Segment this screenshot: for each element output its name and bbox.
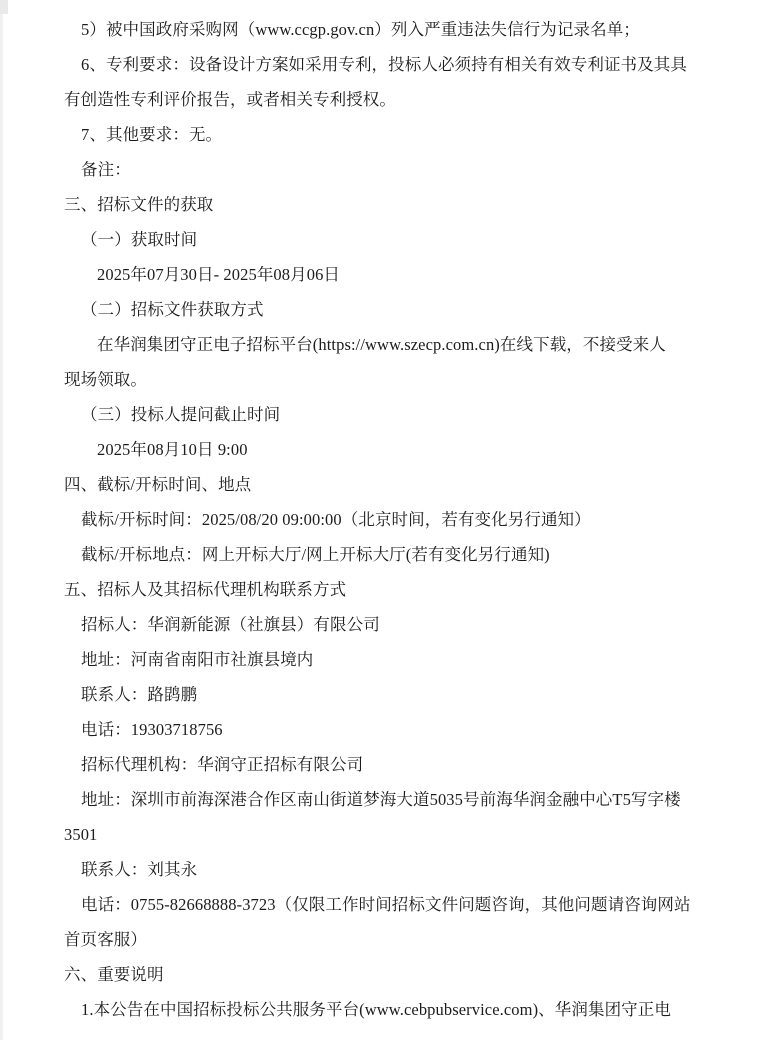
document-line: 3501 [64, 817, 705, 852]
document-line: 5）被中国政府采购网（www.ccgp.gov.cn）列入严重违法失信行为记录名… [64, 12, 705, 47]
document-line: 在华润集团守正电子招标平台(https://www.szecp.com.cn)在… [64, 327, 705, 362]
document-page: 5）被中国政府采购网（www.ccgp.gov.cn）列入严重违法失信行为记录名… [0, 0, 763, 1027]
document-line: 四、截标/开标时间、地点 [64, 467, 705, 502]
document-line: （二）招标文件获取方式 [64, 292, 705, 327]
document-line: 1.本公告在中国招标投标公共服务平台(www.cebpubservice.com… [64, 992, 705, 1027]
document-line: 截标/开标地点：网上开标大厅/网上开标大厅(若有变化另行通知) [64, 537, 705, 572]
document-line: 首页客服） [64, 922, 705, 957]
document-line: 五、招标人及其招标代理机构联系方式 [64, 572, 705, 607]
document-line: 现场领取。 [64, 362, 705, 397]
document-line: 6、专利要求：设备设计方案如采用专利，投标人必须持有相关有效专利证书及其具 [64, 47, 705, 82]
document-line: 招标代理机构：华润守正招标有限公司 [64, 747, 705, 782]
document-line: 电话：0755-82668888-3723（仅限工作时间招标文件问题咨询，其他问… [64, 887, 705, 922]
document-line: 三、招标文件的获取 [64, 187, 705, 222]
page-edge-shadow [0, 0, 3, 1040]
document-line: 电话：19303718756 [64, 712, 705, 747]
document-line: 联系人：路鹍鹏 [64, 677, 705, 712]
document-line: 2025年08月10日 9:00 [64, 432, 705, 467]
page-edge-corner [0, 0, 8, 14]
document-line: 地址：深圳市前海深港合作区南山街道梦海大道5035号前海华润金融中心T5写字楼 [64, 782, 705, 817]
document-line: 7、其他要求：无。 [64, 117, 705, 152]
document-line: 六、重要说明 [64, 957, 705, 992]
document-line: 备注： [64, 152, 705, 187]
document-line: （一）获取时间 [64, 222, 705, 257]
document-line: 地址：河南省南阳市社旗县境内 [64, 642, 705, 677]
document-line: 截标/开标时间：2025/08/20 09:00:00（北京时间，若有变化另行通… [64, 502, 705, 537]
document-line: 有创造性专利评价报告，或者相关专利授权。 [64, 82, 705, 117]
document-line: 2025年07月30日- 2025年08月06日 [64, 257, 705, 292]
document-line: （三）投标人提问截止时间 [64, 397, 705, 432]
document-line: 招标人：华润新能源（社旗县）有限公司 [64, 607, 705, 642]
document-line: 联系人：刘其永 [64, 852, 705, 887]
